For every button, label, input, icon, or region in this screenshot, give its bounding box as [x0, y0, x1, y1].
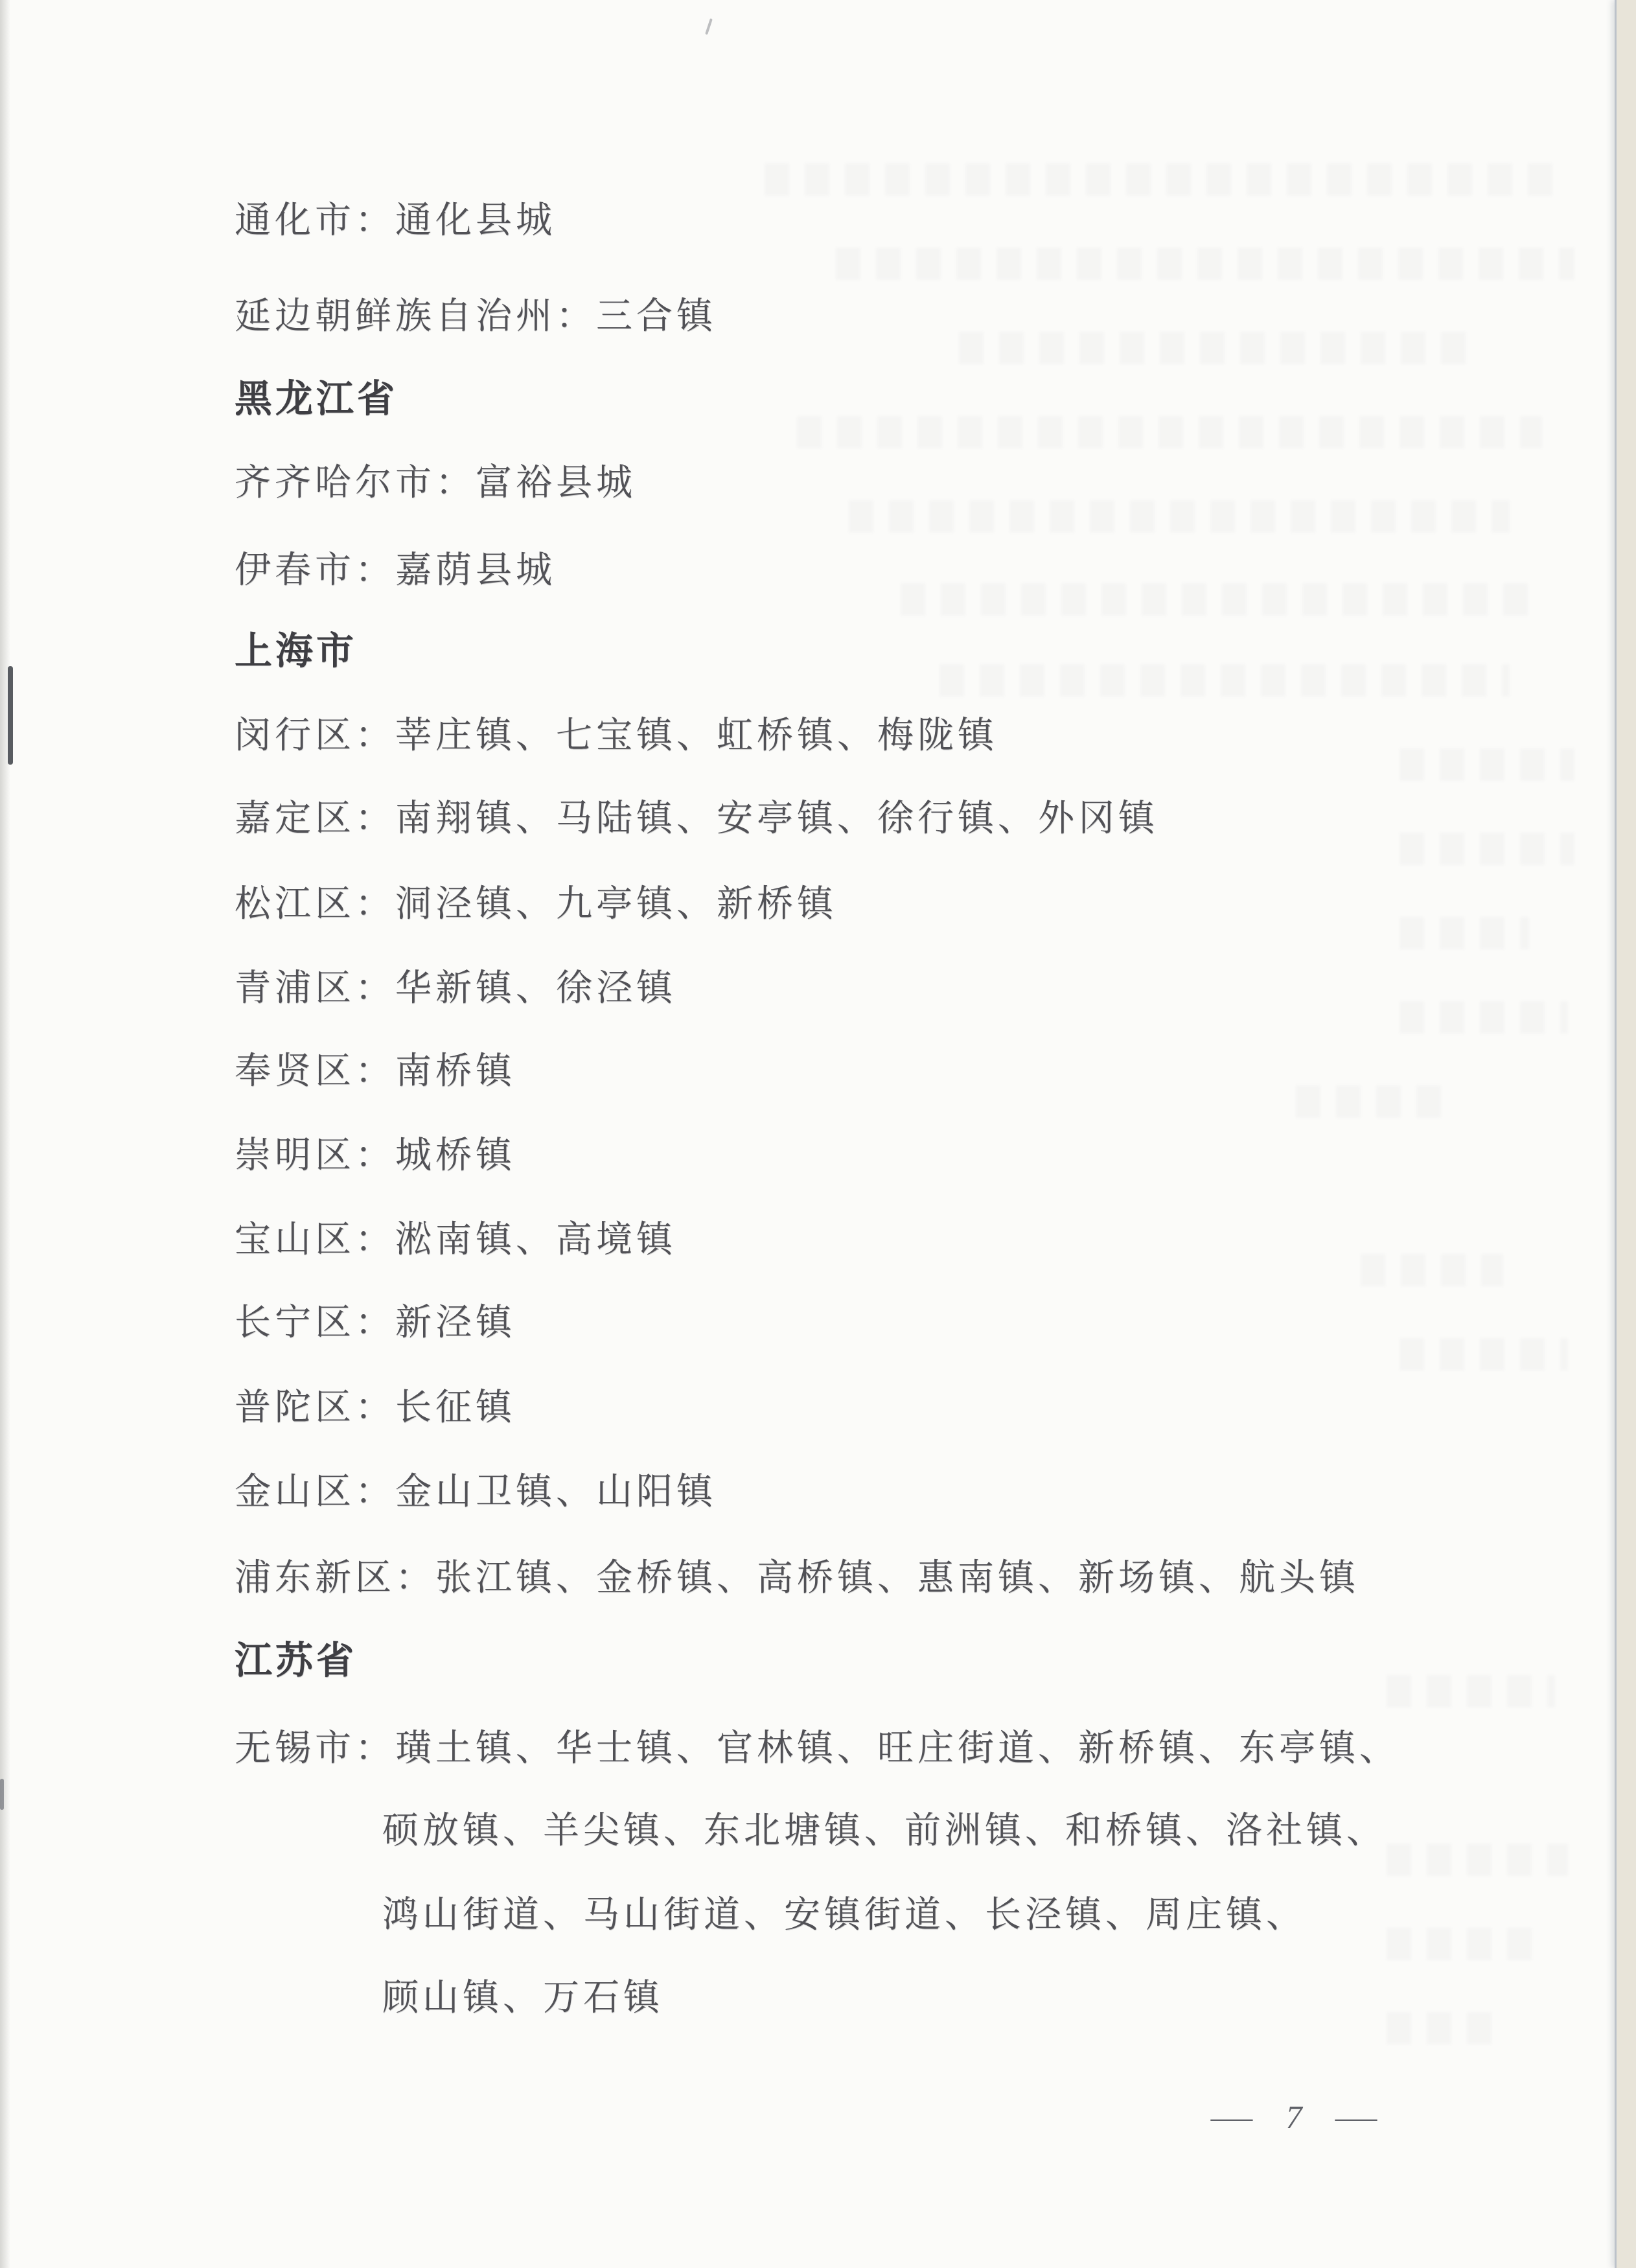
- bleedthrough-ghost: [1387, 2012, 1503, 2044]
- document-line: 宝山区：淞南镇、高境镇: [235, 1210, 676, 1262]
- document-line: 上海市: [235, 620, 357, 675]
- document-line: 硕放镇、羊尖镇、东北塘镇、前洲镇、和桥镇、洛社镇、: [382, 1801, 1387, 1853]
- bleedthrough-ghost: [849, 500, 1510, 533]
- document-line: 延边朝鲜族自治州：三合镇: [235, 287, 717, 339]
- scan-left-edge: [0, 0, 10, 2268]
- bleedthrough-ghost: [1400, 1001, 1568, 1034]
- bleedthrough-ghost: [901, 583, 1536, 616]
- document-line: 闵行区：莘庄镇、七宝镇、虹桥镇、梅陇镇: [235, 706, 998, 758]
- document-line: 普陀区：长征镇: [235, 1378, 516, 1430]
- document-line: 顾山镇、万石镇: [382, 1969, 663, 2020]
- bleedthrough-ghost: [1387, 1844, 1568, 1876]
- binding-mark: [8, 666, 13, 765]
- document-line: 青浦区：华新镇、徐泾镇: [235, 959, 676, 1011]
- bleedthrough-ghost: [1400, 1338, 1568, 1371]
- page-footer: — 7 —: [1217, 2098, 1371, 2136]
- footer-dash-left: —: [1211, 2100, 1252, 2135]
- bleedthrough-ghost: [1400, 917, 1529, 949]
- bleedthrough-ghost: [1400, 748, 1574, 781]
- document-line: 江苏省: [235, 1630, 357, 1684]
- page-number: 7: [1286, 2098, 1302, 2136]
- document-line: 无锡市：璜土镇、华士镇、官林镇、旺庄街道、新桥镇、东亭镇、: [235, 1719, 1400, 1771]
- bleedthrough-ghost: [939, 664, 1510, 697]
- document-line: 伊春市：嘉荫县城: [235, 541, 556, 593]
- bleedthrough-ghost: [836, 248, 1574, 280]
- document-line: 奉贤区：南桥镇: [235, 1042, 516, 1094]
- document-line: 松江区：洞泾镇、九亭镇、新桥镇: [235, 875, 837, 927]
- document-line: 鸿山街道、马山街道、安镇街道、长泾镇、周庄镇、: [382, 1886, 1306, 1938]
- bleedthrough-ghost: [765, 163, 1568, 196]
- document-line: 崇明区：城桥镇: [235, 1126, 516, 1178]
- document-page: 通化市：通化县城延边朝鲜族自治州：三合镇黑龙江省齐齐哈尔市：富裕县城伊春市：嘉荫…: [0, 0, 1636, 2268]
- bleedthrough-ghost: [797, 416, 1542, 448]
- document-line: 浦东新区：张江镇、金桥镇、高桥镇、惠南镇、新场镇、航头镇: [235, 1549, 1359, 1601]
- document-line: 黑龙江省: [235, 368, 398, 422]
- bleedthrough-ghost: [1361, 1254, 1503, 1286]
- bleedthrough-ghost: [1296, 1085, 1445, 1118]
- document-line: 嘉定区：南翔镇、马陆镇、安亭镇、徐行镇、外冈镇: [235, 789, 1158, 841]
- bleedthrough-ghost: [1387, 1675, 1555, 1707]
- binding-mark: [0, 1779, 4, 1810]
- footer-dash-right: —: [1335, 2100, 1377, 2135]
- bleedthrough-ghost: [1387, 1928, 1542, 1960]
- document-line: 通化市：通化县城: [235, 191, 556, 243]
- bleedthrough-ghost: [1400, 833, 1574, 865]
- scan-right-strip: [1615, 0, 1636, 2268]
- document-line: 齐齐哈尔市：富裕县城: [235, 454, 636, 505]
- scan-speck: [705, 18, 713, 35]
- document-line: 金山区：金山卫镇、山阳镇: [235, 1463, 717, 1514]
- bleedthrough-ghost: [959, 332, 1477, 364]
- document-line: 长宁区：新泾镇: [235, 1293, 516, 1345]
